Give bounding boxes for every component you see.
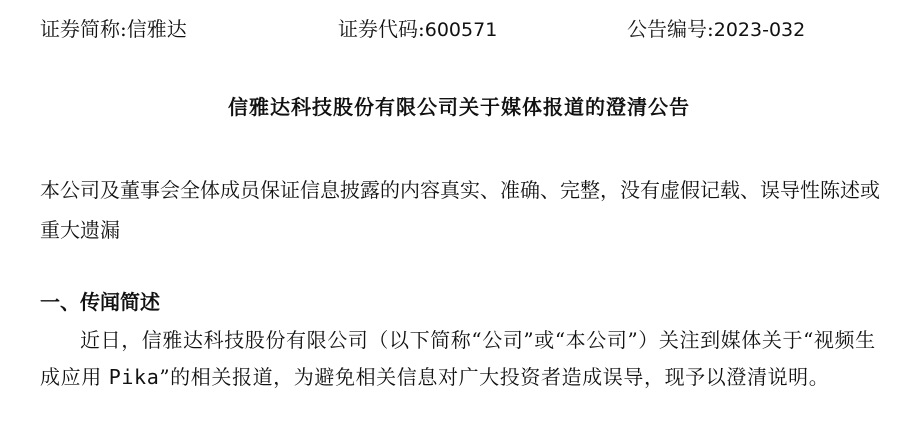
board-guarantee-statement: 本公司及董事会全体成员保证信息披露的内容真实、准确、完整，没有虚假记载、误导性陈… — [40, 170, 890, 250]
security-code: 证券代码:600571 — [338, 14, 497, 45]
security-short-name-value: 信雅达 — [127, 17, 187, 41]
notice-number-value: 2023-032 — [714, 19, 805, 41]
paragraph-text-pika: Pika — [109, 365, 160, 389]
section-heading-rumor-summary: 一、传闻简述 — [40, 287, 160, 317]
section-paragraph-rumor-summary: 近日，信雅达科技股份有限公司（以下简称“公司”或“本公司”）关注到媒体关于“视频… — [40, 322, 885, 396]
security-short-name-label: 证券简称: — [40, 17, 127, 41]
paragraph-text-part2: ”的相关报道，为避免相关信息对广大投资者造成误导，现予以澄清说明。 — [159, 365, 829, 389]
document-title: 信雅达科技股份有限公司关于媒体报道的澄清公告 — [0, 92, 918, 122]
security-code-label: 证券代码: — [338, 17, 425, 41]
notice-number-label: 公告编号: — [627, 17, 714, 41]
security-short-name: 证券简称:信雅达 — [40, 14, 187, 44]
notice-number: 公告编号:2023-032 — [627, 14, 805, 45]
security-code-value: 600571 — [425, 19, 498, 41]
